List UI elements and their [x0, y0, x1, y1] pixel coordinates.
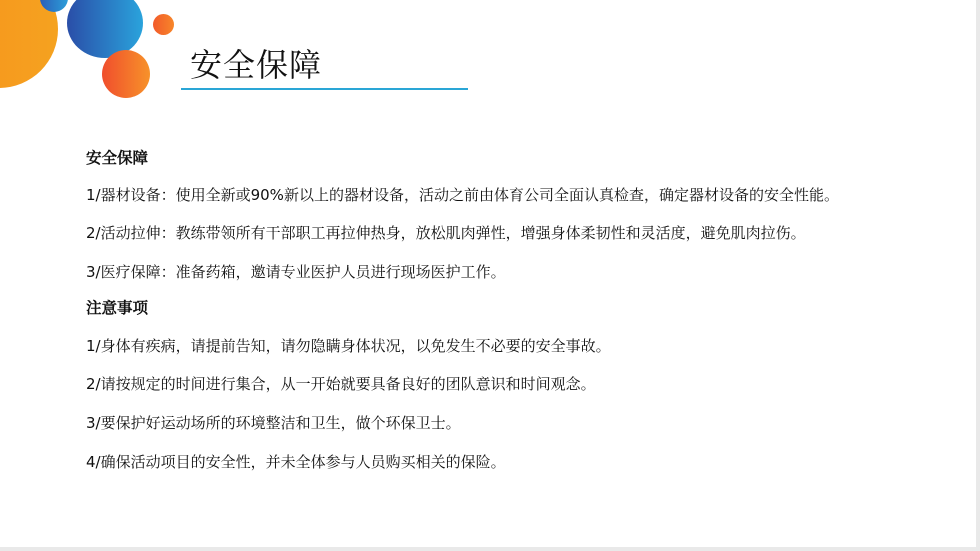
- safety-item-1: 1/器材设备：使用全新或90%新以上的器材设备，活动之前由体育公司全面认真检查，…: [86, 184, 839, 205]
- slide: 安全保障 安全保障 1/器材设备：使用全新或90%新以上的器材设备，活动之前由体…: [0, 0, 976, 547]
- section-heading-safety: 安全保障: [86, 146, 148, 168]
- notes-item-2: 2/请按规定的时间进行集合，从一开始就要具备良好的团队意识和时间观念。: [86, 373, 596, 394]
- section-heading-notes: 注意事项: [86, 296, 148, 318]
- decorative-orange-dot: [153, 14, 174, 35]
- notes-item-3: 3/要保护好运动场所的环境整洁和卫生，做个环保卫士。: [86, 412, 461, 433]
- notes-item-4: 4/确保活动项目的安全性，并未全体参与人员购买相关的保险。: [86, 451, 506, 472]
- decorative-orange-circle: [0, 0, 58, 88]
- decorative-blue-circle: [67, 0, 143, 58]
- safety-item-2: 2/活动拉伸：教练带领所有干部职工再拉伸热身，放松肌肉弹性，增强身体柔韧性和灵活…: [86, 222, 806, 243]
- notes-item-1: 1/身体有疾病，请提前告知，请勿隐瞒身体状况，以免发生不必要的安全事故。: [86, 335, 611, 356]
- title-underline: [181, 88, 468, 90]
- slide-title: 安全保障: [190, 40, 322, 86]
- decorative-orange-mid-circle: [102, 50, 150, 98]
- safety-item-3: 3/医疗保障：准备药箱，邀请专业医护人员进行现场医护工作。: [86, 261, 506, 282]
